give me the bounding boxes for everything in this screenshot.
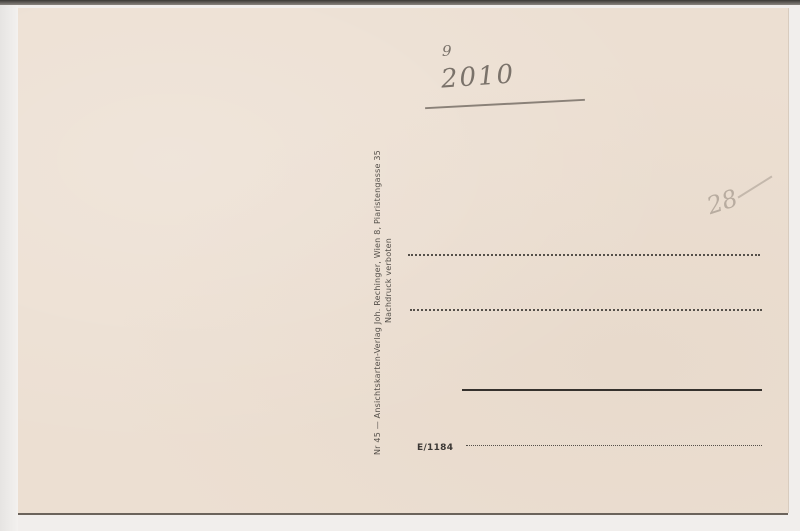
print-code: E/1184 (417, 443, 453, 453)
publisher-imprint: Nr 45 — Ansichtskarten-Verlag Joh. Rechi… (372, 150, 394, 455)
address-line-1 (408, 254, 760, 256)
scan-edge-top (0, 0, 800, 5)
address-line-4 (466, 445, 762, 446)
publisher-line-1: Nr 45 — Ansichtskarten-Verlag Joh. Rechi… (373, 150, 382, 455)
publisher-line-2: Nachdruck verboten (383, 150, 394, 455)
handwritten-superscript: 9 (442, 42, 452, 60)
postcard-back (18, 8, 788, 513)
handwritten-number: 2010 (440, 59, 516, 94)
scan-edge-left (0, 5, 18, 531)
address-line-3 (462, 389, 762, 391)
address-line-2 (410, 309, 762, 311)
